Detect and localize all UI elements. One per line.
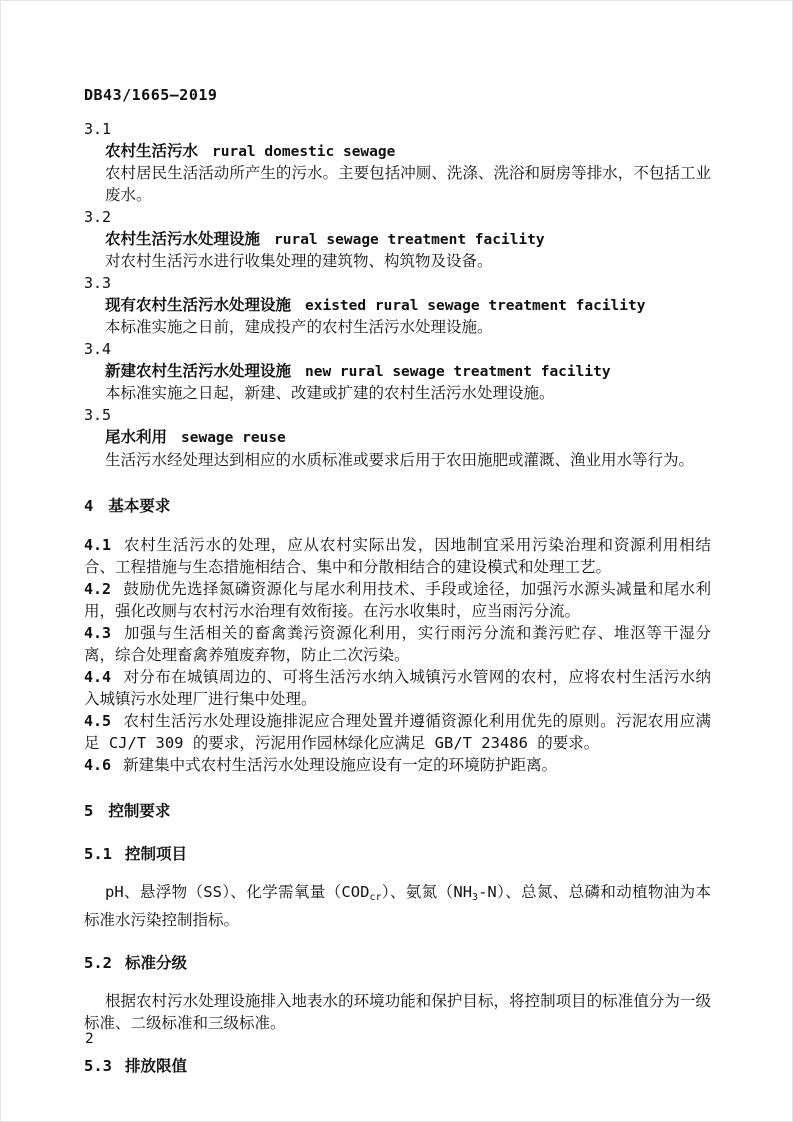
term-title: 农村生活污水rural domestic sewage (105, 141, 711, 164)
term-definition: 本标准实施之日起，新建、改建或扩建的农村生活污水处理设施。 (105, 383, 711, 405)
term-en: new rural sewage treatment facility (305, 364, 611, 380)
document-page: DB43/1665—2019 3.1 农村生活污水rural domestic … (0, 0, 793, 1122)
section-title: 控制要求 (108, 802, 170, 820)
term-definition: 农村居民生活活动所产生的污水。主要包括冲厕、洗涤、洗浴和厨房等排水，不包括工业废… (105, 163, 711, 206)
clause: 4.4对分布在城镇周边的、可将生活污水纳入城镇污水管网的农村，应将农村生活污水纳… (84, 666, 711, 710)
clause-text: 农村生活污水处理设施排泥应合理处置并遵循资源化利用优先的原则。污泥农用应满足 C… (84, 712, 711, 752)
clause-number: 4.2 (84, 580, 111, 598)
term-entry: 3.3 现有农村生活污水处理设施existed rural sewage tre… (84, 273, 711, 339)
clause: 4.1农村生活污水的处理，应从农村实际出发，因地制宜采用污染治理和资源利用相结合… (84, 534, 711, 578)
clause-text: 加强与生活相关的畜禽粪污资源化利用，实行雨污分流和粪污贮存、堆沤等干湿分离，综合… (84, 624, 711, 664)
subsection-number: 5.2 (84, 954, 112, 972)
subsection-title: 排放限值 (125, 1057, 187, 1075)
term-entry: 3.5 尾水利用sewage reuse 生活污水经处理达到相应的水质标准或要求… (84, 405, 711, 471)
term-zh: 现有农村生活污水处理设施 (105, 296, 291, 314)
term-definition: 本标准实施之日前，建成投产的农村生活污水处理设施。 (105, 317, 711, 339)
term-title: 农村生活污水处理设施rural sewage treatment facilit… (105, 229, 711, 252)
clause: 4.3加强与生活相关的畜禽粪污资源化利用，实行雨污分流和粪污贮存、堆沤等干湿分离… (84, 622, 711, 666)
term-zh: 农村生活污水 (105, 142, 198, 160)
clause: 4.5农村生活污水处理设施排泥应合理处置并遵循资源化利用优先的原则。污泥农用应满… (84, 710, 711, 754)
clause-number: 4.6 (84, 756, 111, 774)
page-number: 2 (85, 1031, 94, 1047)
section-number: 4 (84, 497, 93, 515)
term-number: 3.1 (84, 119, 711, 141)
document-code: DB43/1665—2019 (84, 85, 711, 105)
term-title: 新建农村生活污水处理设施new rural sewage treatment f… (105, 361, 711, 384)
clause-number: 4.3 (84, 624, 111, 642)
section-number: 5 (84, 802, 93, 820)
term-zh: 新建农村生活污水处理设施 (105, 362, 291, 380)
term-title: 现有农村生活污水处理设施existed rural sewage treatme… (105, 295, 711, 318)
chem-subscript: cr (369, 892, 381, 903)
subsection-5-1-heading: 5.1控制项目 (84, 843, 711, 865)
page-content: DB43/1665—2019 3.1 农村生活污水rural domestic … (84, 85, 711, 1093)
section-5-body: 5.1控制项目 pH、悬浮物（SS）、化学需氧量（CODcr）、氨氮（NH3-N… (84, 843, 711, 1077)
term-en: sewage reuse (181, 430, 286, 446)
clause-text: 鼓励优先选择氮磷资源化与尾水利用技术、手段或途径，加强污水源头减量和尾水利用，强… (84, 580, 711, 620)
paragraph-text: pH、悬浮物（SS）、化学需氧量（COD (105, 883, 369, 901)
term-en: existed rural sewage treatment facility (305, 298, 645, 314)
subsection-number: 5.3 (84, 1057, 112, 1075)
section-5-heading: 5控制要求 (84, 800, 711, 822)
term-number: 3.3 (84, 273, 711, 295)
clause-text: 新建集中式农村生活污水处理设施应设有一定的环境防护距离。 (123, 756, 557, 774)
term-title: 尾水利用sewage reuse (105, 427, 711, 450)
term-definition: 对农村生活污水进行收集处理的建筑物、构筑物及设备。 (105, 251, 711, 273)
clause-number: 4.5 (84, 712, 111, 730)
term-entry: 3.4 新建农村生活污水处理设施new rural sewage treatme… (84, 339, 711, 405)
clause-text: 对分布在城镇周边的、可将生活污水纳入城镇污水管网的农村，应将农村生活污水纳入城镇… (84, 668, 711, 708)
section-4-heading: 4基本要求 (84, 495, 711, 517)
grading-paragraph: 根据农村污水处理设施排入地表水的环境功能和保护目标，将控制项目的标准值分为一级标… (84, 990, 711, 1034)
term-number: 3.4 (84, 339, 711, 361)
subsection-title: 标准分级 (125, 954, 187, 972)
subsection-number: 5.1 (84, 845, 112, 863)
term-en: rural sewage treatment facility (274, 232, 545, 248)
term-entry: 3.1 农村生活污水rural domestic sewage 农村居民生活活动… (84, 119, 711, 207)
clause-number: 4.4 (84, 668, 111, 686)
subsection-title: 控制项目 (125, 845, 187, 863)
term-number: 3.5 (84, 405, 711, 427)
subsection-5-2-heading: 5.2标准分级 (84, 952, 711, 974)
clause: 4.2鼓励优先选择氮磷资源化与尾水利用技术、手段或途径，加强污水源头减量和尾水利… (84, 578, 711, 622)
term-definition: 生活污水经处理达到相应的水质标准或要求后用于农田施肥或灌溉、渔业用水等行为。 (105, 450, 711, 472)
term-en: rural domestic sewage (212, 144, 395, 160)
clause-number: 4.1 (84, 536, 111, 554)
term-zh: 农村生活污水处理设施 (105, 230, 260, 248)
paragraph-text: ）、氨氮（NH (381, 883, 472, 901)
control-items-paragraph: pH、悬浮物（SS）、化学需氧量（CODcr）、氨氮（NH3-N）、总氮、总磷和… (84, 881, 711, 931)
clause-text: 农村生活污水的处理，应从农村实际出发，因地制宜采用污染治理和资源利用相结合、工程… (84, 536, 711, 576)
term-zh: 尾水利用 (105, 428, 167, 446)
section-title: 基本要求 (108, 497, 170, 515)
subsection-5-3-heading: 5.3排放限值 (84, 1055, 711, 1077)
terms-section: 3.1 农村生活污水rural domestic sewage 农村居民生活活动… (84, 119, 711, 471)
term-entry: 3.2 农村生活污水处理设施rural sewage treatment fac… (84, 207, 711, 273)
section-4-body: 4.1农村生活污水的处理，应从农村实际出发，因地制宜采用污染治理和资源利用相结合… (84, 534, 711, 776)
clause: 4.6新建集中式农村生活污水处理设施应设有一定的环境防护距离。 (84, 754, 711, 776)
term-number: 3.2 (84, 207, 711, 229)
